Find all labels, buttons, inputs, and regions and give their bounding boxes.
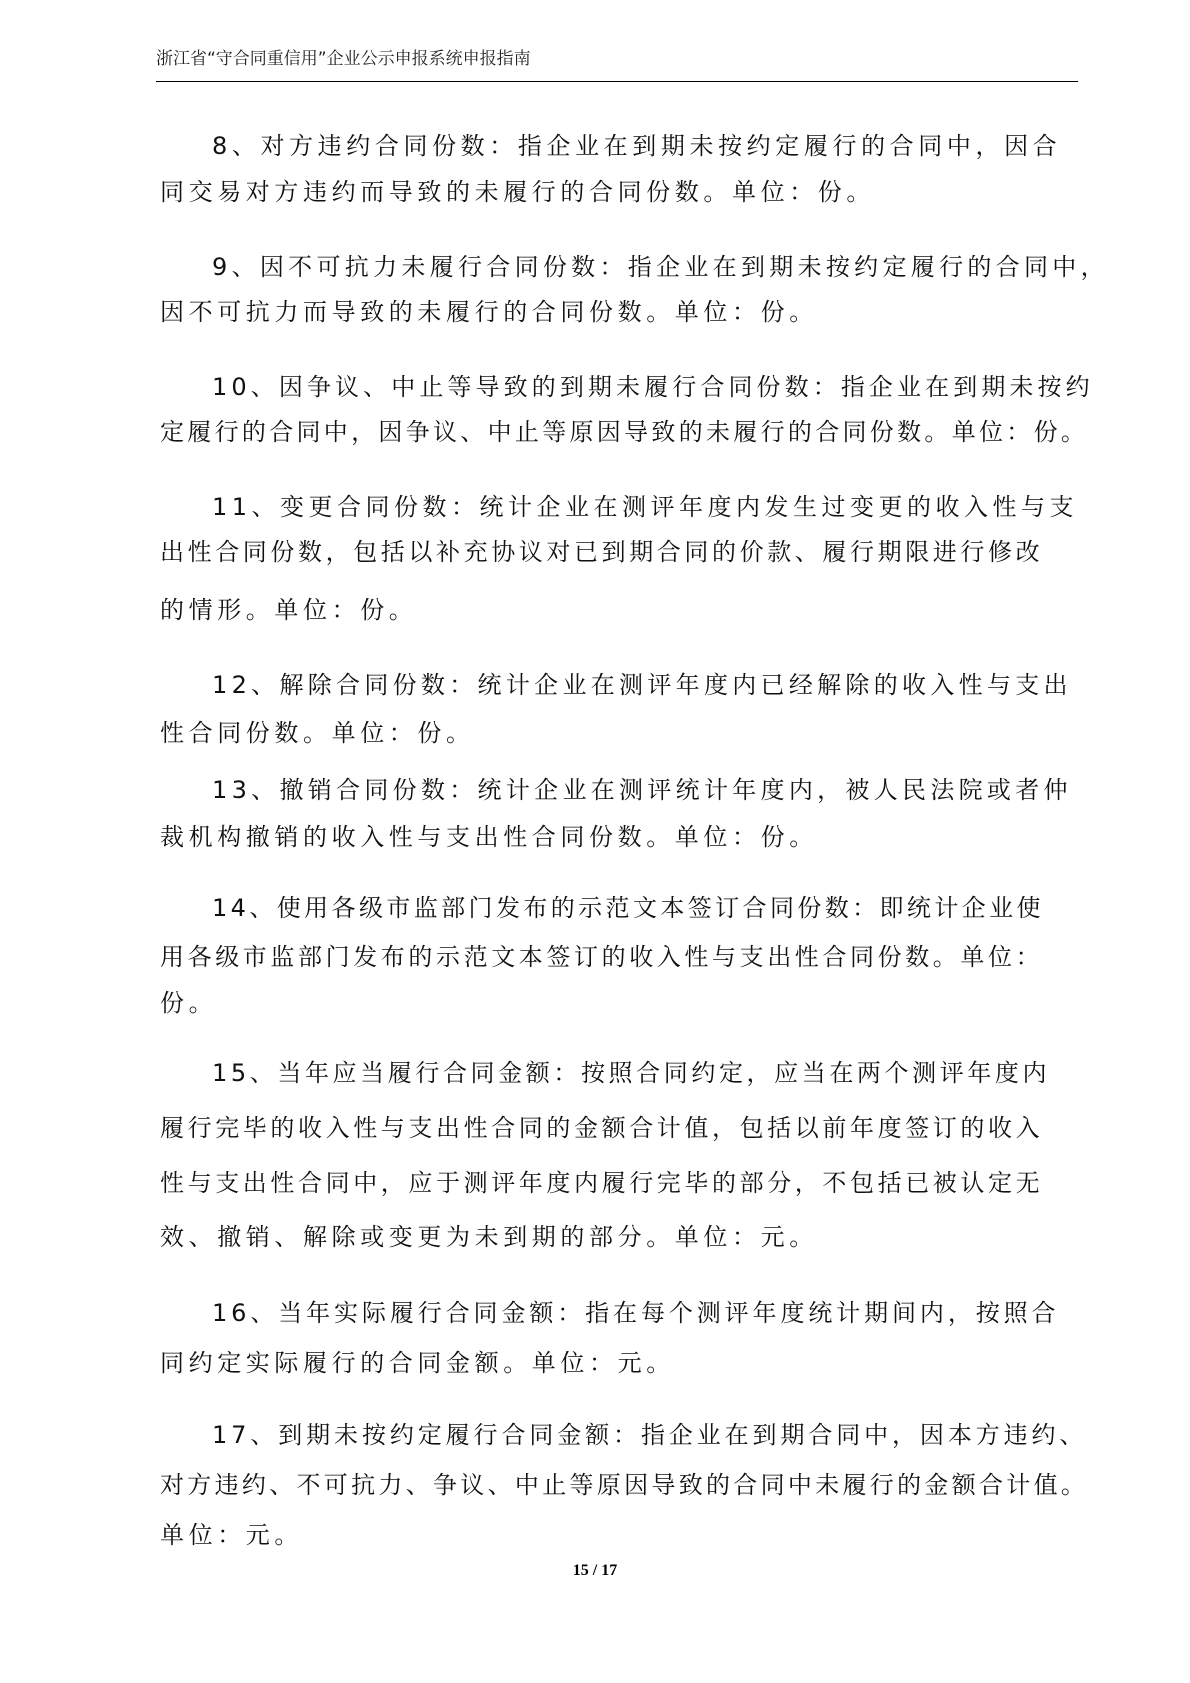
paragraph-14-line-3: 份。 <box>160 988 217 1018</box>
paragraph-9-line-1: 9、因不可抗力未履行合同份数：指企业在到期未按约定履行的合同中， <box>212 252 1109 282</box>
header-divider <box>156 81 1078 82</box>
paragraph-15-line-3: 性与支出性合同中，应于测评年度内履行完毕的部分，不包括已被认定无 <box>160 1168 1043 1198</box>
paragraph-13-line-1: 13、撤销合同份数：统计企业在测评统计年度内，被人民法院或者仲 <box>212 775 1072 805</box>
paragraph-12-line-2: 性合同份数。单位：份。 <box>160 718 475 748</box>
paragraph-8-line-2: 同交易对方违约而导致的未履行的合同份数。单位：份。 <box>160 177 875 207</box>
paragraph-14-line-1: 14、使用各级市监部门发布的示范文本签订合同份数：即统计企业使 <box>212 893 1044 923</box>
paragraph-16-line-1: 16、当年实际履行合同金额：指在每个测评年度统计期间内，按照合 <box>212 1298 1059 1328</box>
document-page: 浙江省“守合同重信用”企业公示申报系统申报指南 8、对方违约合同份数：指企业在到… <box>0 0 1190 1683</box>
paragraph-15-line-2: 履行完毕的收入性与支出性合同的金额合计值，包括以前年度签订的收入 <box>160 1113 1043 1143</box>
paragraph-13-line-2: 裁机构撤销的收入性与支出性合同份数。单位：份。 <box>160 822 818 852</box>
paragraph-12-line-1: 12、解除合同份数：统计企业在测评年度内已经解除的收入性与支出 <box>212 670 1072 700</box>
paragraph-8-line-1: 8、对方违约合同份数：指企业在到期未按约定履行的合同中，因合 <box>212 131 1061 161</box>
page-number: 15 / 17 <box>0 1562 1190 1580</box>
paragraph-16-line-2: 同约定实际履行的合同金额。单位：元。 <box>160 1348 675 1378</box>
paragraph-15-line-1: 15、当年应当履行合同金额：按照合同约定，应当在两个测评年度内 <box>212 1058 1050 1088</box>
paragraph-10-line-2: 定履行的合同中，因争议、中止等原因导致的未履行的合同份数。单位：份。 <box>160 417 1088 447</box>
running-header: 浙江省“守合同重信用”企业公示申报系统申报指南 <box>156 44 531 69</box>
paragraph-15-line-4: 效、撤销、解除或变更为未到期的部分。单位：元。 <box>160 1222 818 1252</box>
paragraph-11-line-2: 出性合同份数，包括以补充协议对已到期合同的价款、履行期限进行修改 <box>160 537 1043 567</box>
paragraph-9-line-2: 因不可抗力而导致的未履行的合同份数。单位：份。 <box>160 297 818 327</box>
paragraph-17-line-2: 对方违约、不可抗力、争议、中止等原因导致的合同中未履行的金额合计值。 <box>160 1470 1088 1500</box>
paragraph-10-line-1: 10、因争议、中止等导致的到期未履行合同份数：指企业在到期未按约 <box>212 372 1094 402</box>
paragraph-11-line-3: 的情形。单位：份。 <box>160 595 417 625</box>
paragraph-17-line-3: 单位：元。 <box>160 1520 303 1550</box>
paragraph-14-line-2: 用各级市监部门发布的示范文本签订的收入性与支出性合同份数。单位： <box>160 942 1043 972</box>
paragraph-11-line-1: 11、变更合同份数：统计企业在测评年度内发生过变更的收入性与支 <box>212 492 1078 522</box>
paragraph-17-line-1: 17、到期未按约定履行合同金额：指企业在到期合同中，因本方违约、 <box>212 1420 1087 1450</box>
